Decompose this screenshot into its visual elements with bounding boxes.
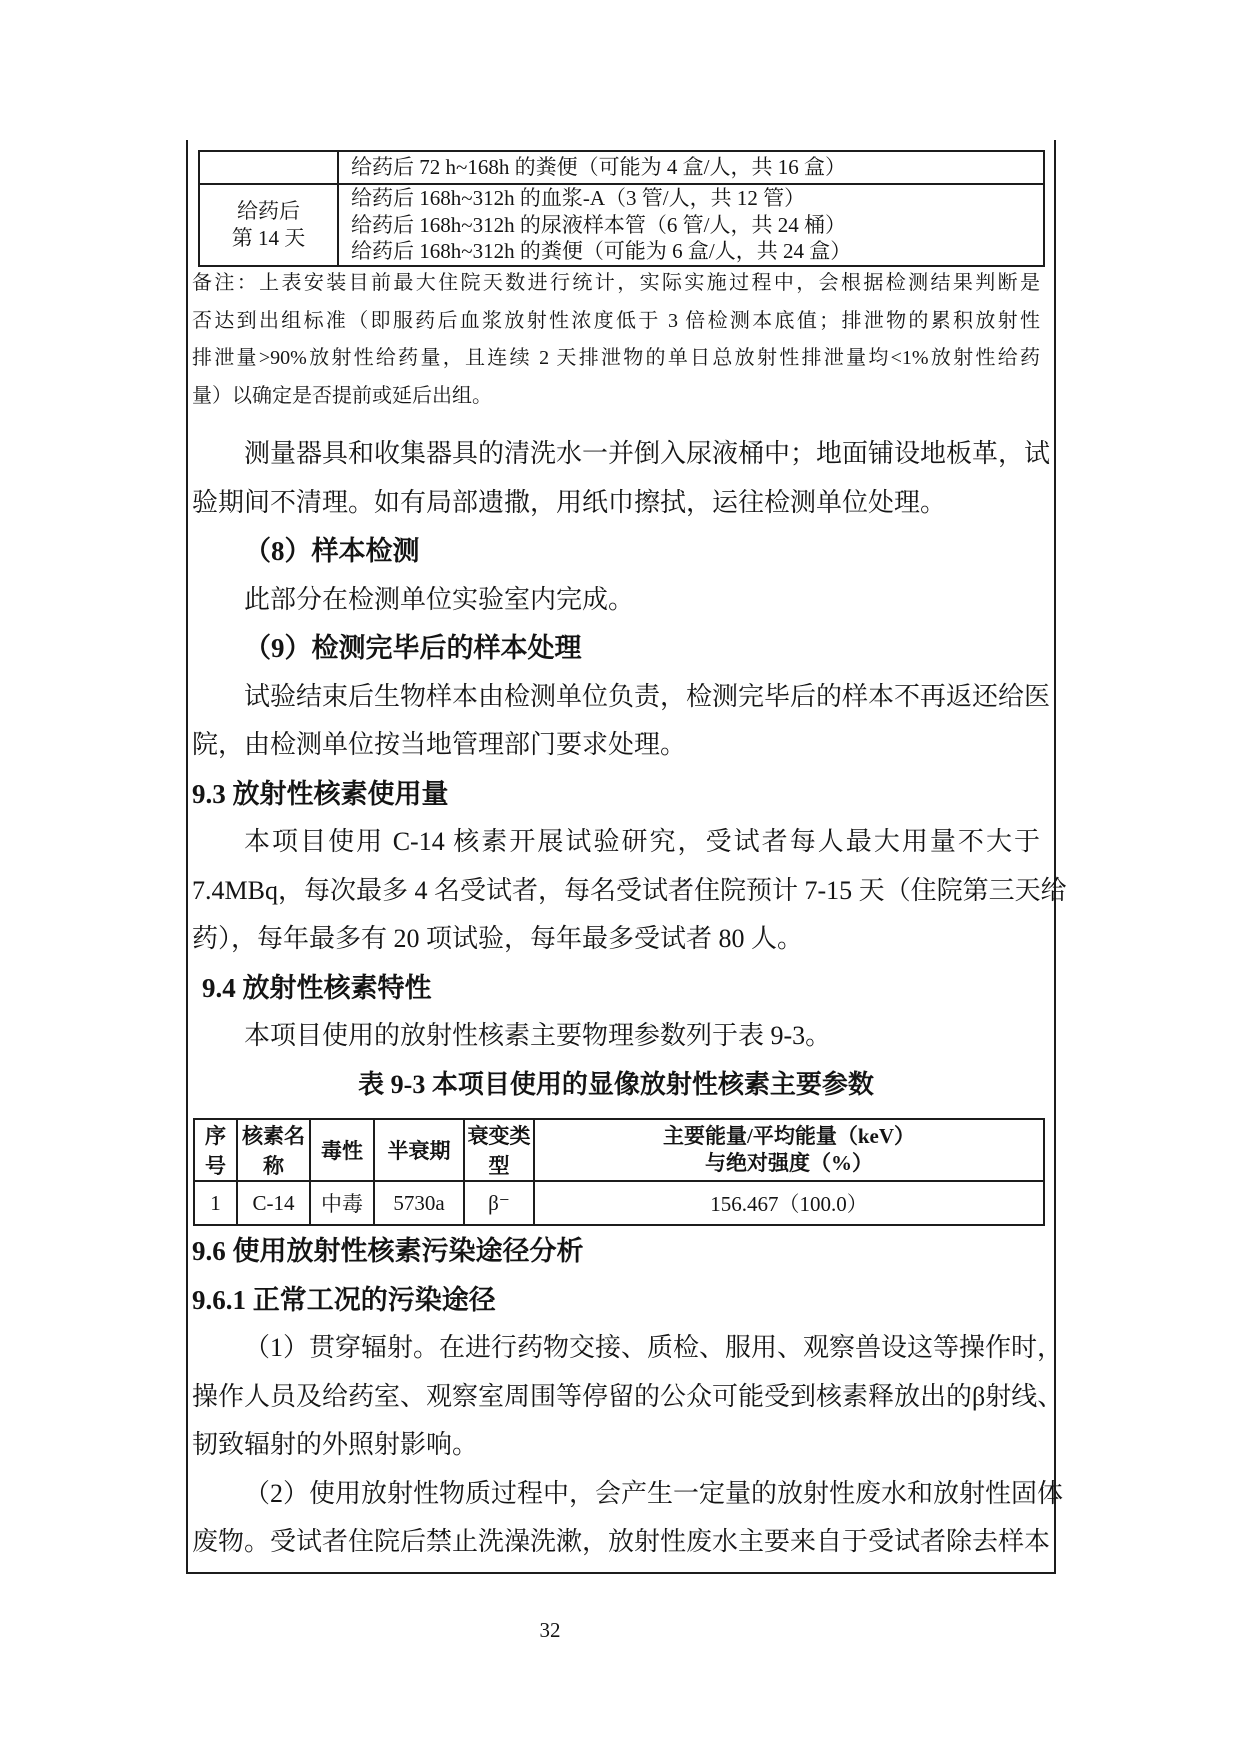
paragraph-line: 药），每年最多有 20 项试验，每年最多受试者 80 人。	[192, 915, 1040, 964]
col-header-index: 序号	[194, 1119, 237, 1181]
paragraph-line: （1）贯穿辐射。在进行药物交接、质检、服用、观察兽设这等操作时，	[192, 1324, 1040, 1373]
day-label-line: 给药后	[200, 198, 337, 225]
sample-cell: 给药后 72 h~168h 的粪便（可能为 4 盒/人，共 16 盒）	[338, 151, 1044, 184]
cell-index: 1	[194, 1181, 237, 1225]
heading-section-8: （8）样本检测	[192, 527, 1040, 576]
sample-cell: 给药后 168h~312h 的血浆-A（3 管/人，共 12 管） 给药后 16…	[338, 184, 1044, 266]
paragraph-line: 测量器具和收集器具的清洗水一并倒入尿液桶中；地面铺设地板革，试	[192, 430, 1040, 479]
paragraph-line: 本项目使用 C-14 核素开展试验研究，受试者每人最大用量不大于	[192, 818, 1040, 867]
heading-section-9: （9）检测完毕后的样本处理	[192, 624, 1040, 673]
paragraph-line: 操作人员及给药室、观察室周围等停留的公众可能受到核素释放出的β射线、	[192, 1373, 1040, 1422]
note-line: 否达到出组标准（即服药后血浆放射性浓度低于 3 倍检测本底值；排泄物的累积放射性	[192, 303, 1040, 341]
nuclide-parameter-table: 序号 核素名称 毒性 半衰期 衰变类型 主要能量/平均能量（keV） 与绝对强度…	[193, 1118, 1045, 1226]
col-header-halflife: 半衰期	[374, 1119, 464, 1181]
table-data-row: 1 C-14 中毒 5730a β⁻ 156.467（100.0）	[194, 1181, 1044, 1225]
paragraph-line: 7.4MBq，每次最多 4 名受试者，每名受试者住院预计 7-15 天（住院第三…	[192, 867, 1040, 916]
paragraph-line: 本项目使用的放射性核素主要物理参数列于表 9-3。	[192, 1012, 1040, 1061]
col-header-energy-line: 主要能量/平均能量（keV）	[535, 1123, 1043, 1150]
col-header-energy: 主要能量/平均能量（keV） 与绝对强度（%）	[534, 1119, 1044, 1181]
sample-line: 给药后 168h~312h 的血浆-A（3 管/人，共 12 管）	[351, 185, 1043, 212]
cell-energy: 156.467（100.0）	[534, 1181, 1044, 1225]
sample-collection-table: 给药后 72 h~168h 的粪便（可能为 4 盒/人，共 16 盒） 给药后 …	[198, 150, 1045, 267]
day-label-cell: 给药后 第 14 天	[199, 184, 338, 266]
heading-9-6: 9.6 使用放射性核素污染途径分析	[192, 1227, 1040, 1276]
col-header-energy-line: 与绝对强度（%）	[535, 1150, 1043, 1177]
paragraph-line: 验期间不清理。如有局部遗撒，用纸巾擦拭，运往检测单位处理。	[192, 479, 1040, 528]
paragraph-line: 试验结束后生物样本由检测单位负责，检测完毕后的样本不再返还给医	[192, 673, 1040, 722]
cell-halflife: 5730a	[374, 1181, 464, 1225]
document-page: 给药后 72 h~168h 的粪便（可能为 4 盒/人，共 16 盒） 给药后 …	[0, 0, 1240, 1754]
page-number: 32	[500, 1618, 600, 1643]
col-header-nuclide: 核素名称	[237, 1119, 310, 1181]
paragraph-line: （2）使用放射性物质过程中，会产生一定量的放射性废水和放射性固体	[192, 1470, 1040, 1519]
paragraph-line: 废物。受试者住院后禁止洗澡洗漱，放射性废水主要来自于受试者除去样本	[192, 1518, 1040, 1567]
body-text-block: 9.6 使用放射性核素污染途径分析 9.6.1 正常工况的污染途径 （1）贯穿辐…	[192, 1227, 1040, 1567]
table-note: 备注：上表安装目前最大住院天数进行统计，实际实施过程中，会根据检测结果判断是 否…	[192, 265, 1040, 415]
paragraph-line: 此部分在检测单位实验室内完成。	[192, 576, 1040, 625]
heading-9-4: 9.4 放射性核素特性	[192, 964, 1040, 1013]
table-row: 给药后 第 14 天 给药后 168h~312h 的血浆-A（3 管/人，共 1…	[199, 184, 1044, 266]
cell-decay: β⁻	[464, 1181, 534, 1225]
heading-9-6-1: 9.6.1 正常工况的污染途径	[192, 1276, 1040, 1325]
sample-line: 给药后 168h~312h 的粪便（可能为 6 盒/人，共 24 盒）	[351, 238, 1043, 265]
sample-line: 给药后 168h~312h 的尿液样本管（6 管/人，共 24 桶）	[351, 212, 1043, 239]
table-header-row: 序号 核素名称 毒性 半衰期 衰变类型 主要能量/平均能量（keV） 与绝对强度…	[194, 1119, 1044, 1181]
cell-toxicity: 中毒	[310, 1181, 374, 1225]
cell-nuclide: C-14	[237, 1181, 310, 1225]
col-header-decay: 衰变类型	[464, 1119, 534, 1181]
col-header-toxicity: 毒性	[310, 1119, 374, 1181]
day-label-line: 第 14 天	[200, 225, 337, 252]
paragraph-line: 院，由检测单位按当地管理部门要求处理。	[192, 721, 1040, 770]
sample-line: 给药后 72 h~168h 的粪便（可能为 4 盒/人，共 16 盒）	[351, 154, 1043, 181]
paragraph-line: 韧致辐射的外照射影响。	[192, 1421, 1040, 1470]
body-text-block: 测量器具和收集器具的清洗水一并倒入尿液桶中；地面铺设地板革，试 验期间不清理。如…	[192, 430, 1040, 1109]
note-line: 排泄量>90%放射性给药量，且连续 2 天排泄物的单日总放射性排泄量均<1%放射…	[192, 340, 1040, 378]
table-9-3-caption: 表 9-3 本项目使用的显像放射性核素主要参数	[192, 1061, 1040, 1110]
note-line: 量）以确定是否提前或延后出组。	[192, 378, 1040, 416]
day-label-cell-empty	[199, 151, 338, 184]
note-line: 备注：上表安装目前最大住院天数进行统计，实际实施过程中，会根据检测结果判断是	[192, 265, 1040, 303]
heading-9-3: 9.3 放射性核素使用量	[192, 770, 1040, 819]
table-row: 给药后 72 h~168h 的粪便（可能为 4 盒/人，共 16 盒）	[199, 151, 1044, 184]
